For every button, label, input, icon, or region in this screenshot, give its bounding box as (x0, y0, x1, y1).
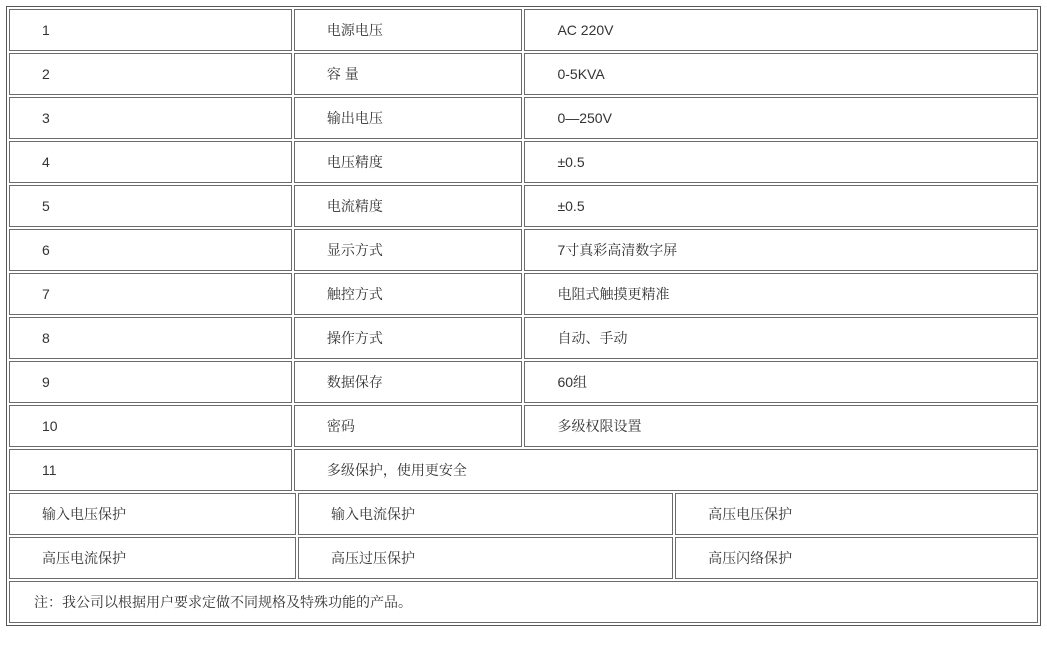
table-row: 9 数据保存 60组 (9, 361, 1038, 403)
row-label-cell: 显示方式 (294, 229, 523, 271)
row-number-cell: 4 (9, 141, 292, 183)
row-label-cell: 电流精度 (294, 185, 523, 227)
row-label-cell: 数据保存 (294, 361, 523, 403)
table-row: 2 容 量 0-5KVA (9, 53, 1038, 95)
row-label-cell: 输出电压 (294, 97, 523, 139)
table-row: 11 多级保护，使用更安全 (9, 449, 1038, 491)
protection-cell: 高压闪络保护 (675, 537, 1038, 579)
table-row: 1 电源电压 AC 220V (9, 9, 1038, 51)
row-label-cell: 电压精度 (294, 141, 523, 183)
table-row: 4 电压精度 ±0.5 (9, 141, 1038, 183)
protection-cell: 高压电流保护 (9, 537, 296, 579)
note-table: 注：我公司以根据用户要求定做不同规格及特殊功能的产品。 (7, 579, 1040, 625)
row-label-cell: 密码 (294, 405, 523, 447)
row-number-cell: 9 (9, 361, 292, 403)
row-number-cell: 5 (9, 185, 292, 227)
protection-cell: 高压电压保护 (675, 493, 1038, 535)
row-value-cell: 7寸真彩高清数字屏 (524, 229, 1038, 271)
table-row: 3 输出电压 0—250V (9, 97, 1038, 139)
row-label-cell: 电源电压 (294, 9, 523, 51)
row-number-cell: 6 (9, 229, 292, 271)
row-number-cell: 2 (9, 53, 292, 95)
row-merged-label-cell: 多级保护，使用更安全 (294, 449, 1038, 491)
row-value-cell: ±0.5 (524, 185, 1038, 227)
row-value-cell: 电阻式触摸更精准 (524, 273, 1038, 315)
row-value-cell: 多级权限设置 (524, 405, 1038, 447)
row-label-cell: 操作方式 (294, 317, 523, 359)
spec-table-wrapper: 1 电源电压 AC 220V 2 容 量 0-5KVA 3 输出电压 0—250… (6, 6, 1041, 626)
table-row: 5 电流精度 ±0.5 (9, 185, 1038, 227)
protection-cell: 输入电压保护 (9, 493, 296, 535)
table-row: 6 显示方式 7寸真彩高清数字屏 (9, 229, 1038, 271)
row-value-cell: 60组 (524, 361, 1038, 403)
note-text: 注：我公司以根据用户要求定做不同规格及特殊功能的产品。 (9, 581, 1038, 623)
table-row: 10 密码 多级权限设置 (9, 405, 1038, 447)
row-number-cell: 11 (9, 449, 292, 491)
protection-cell: 输入电流保护 (298, 493, 673, 535)
table-row: 7 触控方式 电阻式触摸更精准 (9, 273, 1038, 315)
table-row: 高压电流保护 高压过压保护 高压闪络保护 (9, 537, 1038, 579)
row-number-cell: 1 (9, 9, 292, 51)
page-background: 1 电源电压 AC 220V 2 容 量 0-5KVA 3 输出电压 0—250… (0, 0, 1047, 668)
spec-table: 1 电源电压 AC 220V 2 容 量 0-5KVA 3 输出电压 0—250… (7, 7, 1040, 493)
row-number-cell: 3 (9, 97, 292, 139)
row-label-cell: 触控方式 (294, 273, 523, 315)
row-number-cell: 8 (9, 317, 292, 359)
row-label-cell: 容 量 (294, 53, 523, 95)
row-value-cell: AC 220V (524, 9, 1038, 51)
table-row: 8 操作方式 自动、手动 (9, 317, 1038, 359)
row-value-cell: 0-5KVA (524, 53, 1038, 95)
table-row: 输入电压保护 输入电流保护 高压电压保护 (9, 493, 1038, 535)
protection-cell: 高压过压保护 (298, 537, 673, 579)
row-number-cell: 10 (9, 405, 292, 447)
row-value-cell: 自动、手动 (524, 317, 1038, 359)
note-row: 注：我公司以根据用户要求定做不同规格及特殊功能的产品。 (9, 581, 1038, 623)
row-value-cell: ±0.5 (524, 141, 1038, 183)
row-value-cell: 0—250V (524, 97, 1038, 139)
row-number-cell: 7 (9, 273, 292, 315)
protection-table: 输入电压保护 输入电流保护 高压电压保护 高压电流保护 高压过压保护 高压闪络保… (7, 491, 1040, 581)
